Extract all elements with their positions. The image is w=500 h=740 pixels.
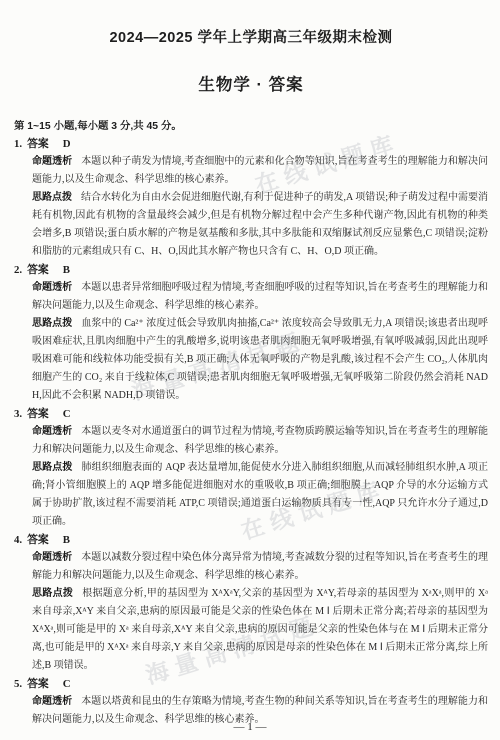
tips-paragraph: 思路点拨结合水转化为自由水会促进细胞代谢,有利于促进种子的萌发,A 项错误;种子… [32, 189, 488, 261]
analysis-paragraph: 命题透析本题以麦冬对水通道蛋白的调节过程为情境,考查物质跨膜运输等知识,旨在考查… [32, 423, 488, 459]
answer-line: 3.答案C [14, 405, 488, 423]
answer-line: 2.答案B [14, 261, 488, 279]
answer-label: 答案 [27, 138, 49, 150]
answer-value: D [63, 138, 71, 150]
question-number: 2. [14, 264, 22, 276]
analysis-label: 命题透析 [32, 696, 72, 707]
analysis-paragraph: 命题透析本题以减数分裂过程中染色体分离异常为情境,考查减数分裂的过程等知识,旨在… [32, 549, 488, 585]
answer-line: 4.答案B [14, 531, 488, 549]
page-title: 2024—2025 学年上学期高三年级期末检测 [14, 26, 488, 47]
answer-line: 5.答案C [14, 675, 488, 693]
analysis-paragraph: 命题透析本题以患者异常细胞呼吸过程为情境,考查细胞呼吸的过程等知识,旨在考查考生… [32, 279, 488, 315]
page-number: — 1 — [0, 721, 500, 733]
answer-label: 答案 [27, 408, 49, 420]
analysis-text: 本题以种子萌发为情境,考查细胞中的元素和化合物等知识,旨在考查考生的理解能力和解… [32, 156, 488, 185]
question-block-1: 1.答案D 命题透析本题以种子萌发为情境,考查细胞中的元素和化合物等知识,旨在考… [14, 135, 488, 261]
answer-label: 答案 [27, 264, 49, 276]
answer-value: B [63, 264, 70, 276]
answer-value: C [63, 408, 71, 420]
answer-value: C [63, 678, 71, 690]
answer-label: 答案 [27, 678, 49, 690]
analysis-paragraph: 命题透析本题以种子萌发为情境,考查细胞中的元素和化合物等知识,旨在考查考生的理解… [32, 153, 488, 189]
question-number: 4. [14, 534, 22, 546]
tips-label: 思路点拨 [32, 192, 72, 203]
tips-text: 肺组织细胞表面的 AQP 表达量增加,能促使水分进入肺组织细胞,从而减轻肺组织水… [32, 462, 488, 527]
analysis-label: 命题透析 [32, 156, 72, 167]
section-note: 第 1~15 小题,每小题 3 分,共 45 分。 [14, 117, 488, 132]
tips-label: 思路点拨 [32, 318, 72, 329]
analysis-text: 本题以麦冬对水通道蛋白的调节过程为情境,考查物质跨膜运输等知识,旨在考查考生的理… [32, 426, 488, 455]
tips-paragraph: 思路点拨根据题意分析,甲的基因型为 XᴬXᵃY,父亲的基因型为 XᴬY,若母亲的… [32, 585, 488, 675]
question-number: 3. [14, 408, 22, 420]
scanned-answer-page: 在线试题库 海量高清试题 在线试题库 海量高清试题 2024—2025 学年上学… [0, 0, 500, 740]
analysis-text: 本题以减数分裂过程中染色体分离异常为情境,考查减数分裂的过程等知识,旨在考查考生… [32, 552, 488, 581]
analysis-label: 命题透析 [32, 426, 72, 437]
answer-label: 答案 [27, 534, 49, 546]
answer-line: 1.答案D [14, 135, 488, 153]
tips-text: 血浆中的 Ca²⁺ 浓度过低会导致肌肉抽搐,Ca²⁺ 浓度较高会导致肌无力,A … [32, 318, 488, 401]
analysis-label: 命题透析 [32, 282, 72, 293]
question-block-2: 2.答案B 命题透析本题以患者异常细胞呼吸过程为情境,考查细胞呼吸的过程等知识,… [14, 261, 488, 405]
question-number: 1. [14, 138, 22, 150]
tips-text: 结合水转化为自由水会促进细胞代谢,有利于促进种子的萌发,A 项错误;种子萌发过程… [32, 192, 488, 257]
question-number: 5. [14, 678, 22, 690]
tips-text: 根据题意分析,甲的基因型为 XᴬXᵃY,父亲的基因型为 XᴬY,若母亲的基因型为… [32, 588, 488, 671]
analysis-text: 本题以患者异常细胞呼吸过程为情境,考查细胞呼吸的过程等知识,旨在考查考生的理解能… [32, 282, 488, 311]
tips-label: 思路点拨 [32, 462, 73, 473]
tips-paragraph: 思路点拨肺组织细胞表面的 AQP 表达量增加,能促使水分进入肺组织细胞,从而减轻… [32, 459, 488, 531]
question-block-4: 4.答案B 命题透析本题以减数分裂过程中染色体分离异常为情境,考查减数分裂的过程… [14, 531, 488, 675]
question-block-3: 3.答案C 命题透析本题以麦冬对水通道蛋白的调节过程为情境,考查物质跨膜运输等知… [14, 405, 488, 531]
answer-value: B [63, 534, 70, 546]
analysis-label: 命题透析 [32, 552, 72, 563]
subject-title: 生物学 · 答案 [14, 71, 488, 95]
tips-label: 思路点拨 [32, 588, 73, 599]
tips-paragraph: 思路点拨血浆中的 Ca²⁺ 浓度过低会导致肌肉抽搐,Ca²⁺ 浓度较高会导致肌无… [32, 315, 488, 405]
